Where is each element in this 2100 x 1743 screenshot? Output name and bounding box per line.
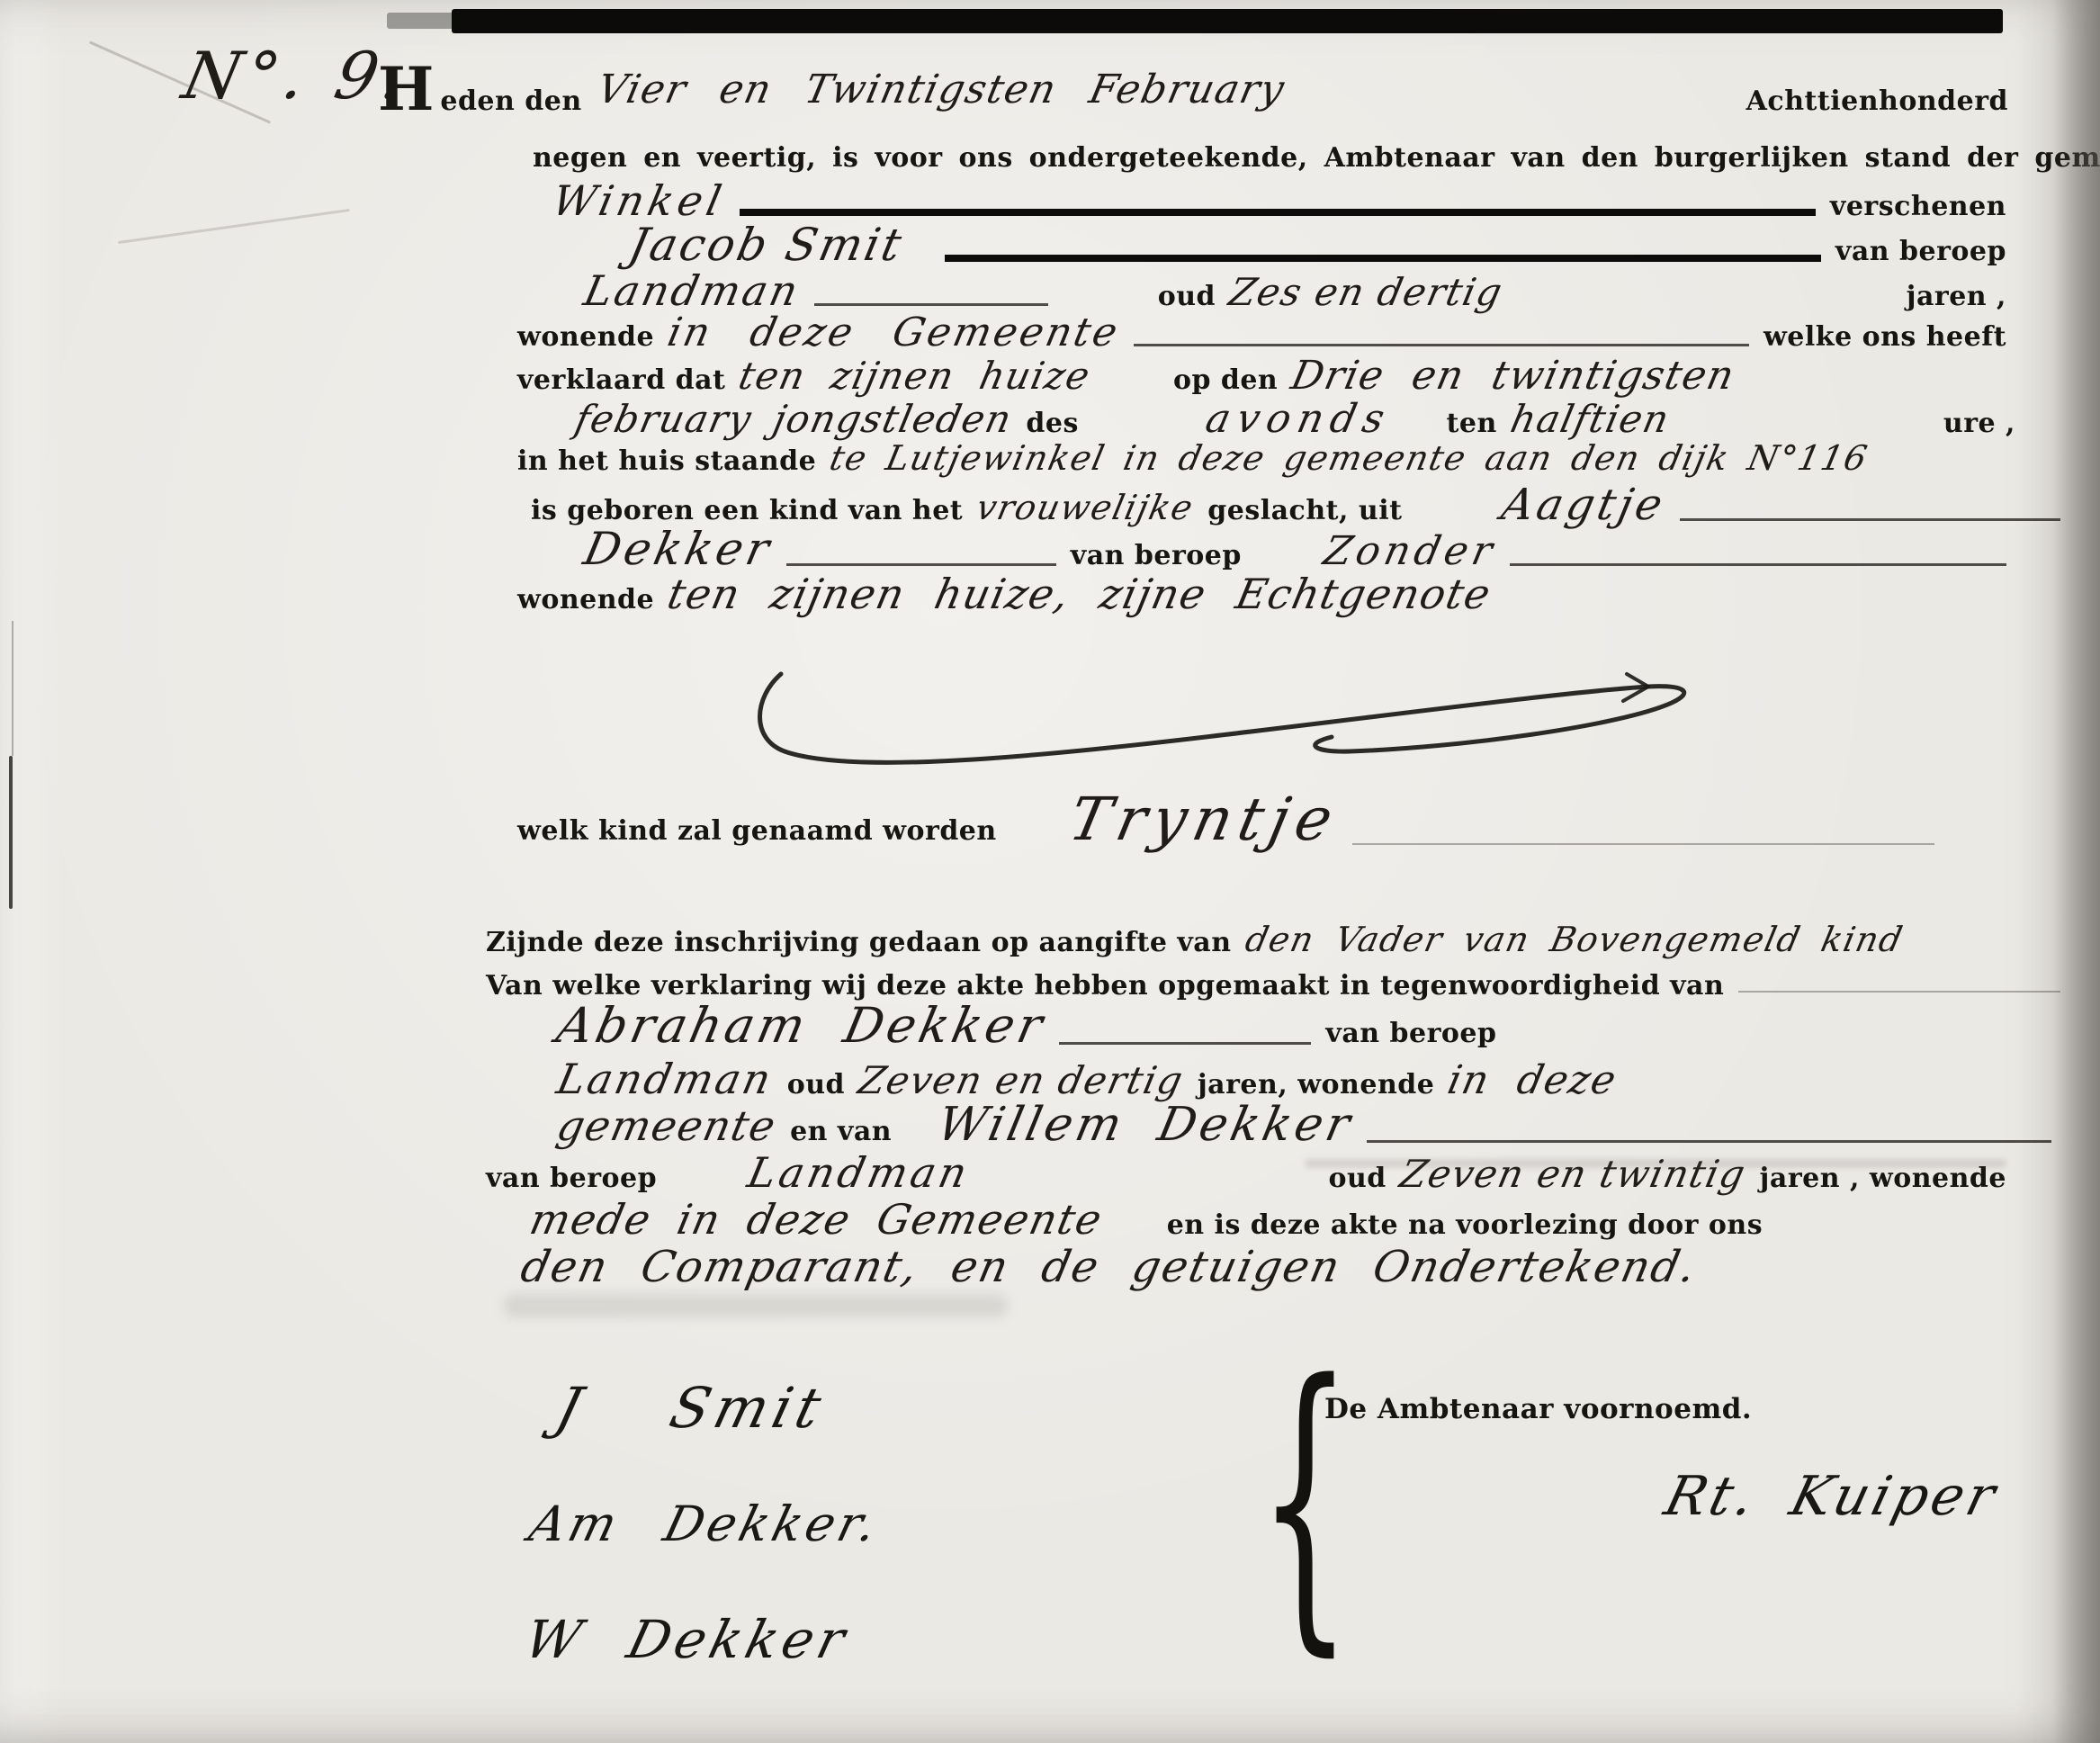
topleft-smudge2: [118, 209, 350, 244]
child-name-line: welk kind zal genaamd worden Tryntje: [517, 785, 1934, 854]
declarant-occupation-age-line: Landman oud Zes en dertig jaren ,: [585, 266, 2006, 315]
hw-date: Vier en Twintigsten February: [593, 67, 1738, 112]
left-edge-crack: [9, 756, 13, 909]
printed-van-beroep-witness2: van beroep: [486, 1163, 657, 1194]
left-edge-crack-faint: [12, 621, 13, 756]
official-title: De Ambtenaar voornoemd.: [1324, 1393, 1752, 1425]
hw-avonds: avonds: [1201, 396, 1396, 442]
witness1-name-line: Abraham Dekker van beroep: [558, 997, 2006, 1054]
printed-verschenen: verschenen: [1830, 191, 2006, 222]
ruled-blank: [1510, 563, 2006, 566]
witness2-residence-line: mede in deze Gemeente en is deze akte na…: [531, 1195, 2006, 1244]
witness2-name-line: gemeente en van Willem Dekker: [558, 1098, 2051, 1152]
printed-is-geboren: is geboren een kind van het: [531, 495, 963, 526]
hw-witness1-occupation: Landman: [552, 1055, 777, 1103]
hw-declarant-residence: in deze Gemeente: [664, 310, 1125, 355]
ruled-blank: [1738, 991, 2060, 993]
bleed-through-artifact2: [1305, 1159, 2006, 1168]
witness1-details-line: Landman oud Zeven en dertig jaren, wonen…: [558, 1055, 2051, 1103]
official-signature: Rt. Kuiper: [1658, 1465, 2005, 1528]
printed-van-beroep-mother: van beroep: [1071, 540, 1242, 571]
informant-line: Zijnde deze inschrijving gedaan op aangi…: [486, 920, 2060, 959]
printed-jaren-wonende-witness1: jaren, wonende: [1198, 1069, 1435, 1101]
printed-van-beroep: van beroep: [1835, 236, 2006, 267]
ruled-blank: [945, 255, 1821, 262]
printed-oud: oud: [1158, 281, 1216, 312]
printed-ure: ure ,: [1943, 408, 2015, 439]
birth-house-line: in het huis staande te Lutjewinkel in de…: [517, 438, 2060, 478]
right-edge-scan-band: [2053, 0, 2100, 1743]
brace-decoration: {: [1258, 1344, 1352, 1657]
declarant-name-line: Jacob Smit van beroep: [630, 219, 2006, 271]
hw-witness2-name: Willem Dekker: [933, 1098, 1359, 1152]
hw-witness1-residence-rest: gemeente: [552, 1101, 781, 1150]
hw-child-sex: vrouwelijke: [973, 488, 1197, 527]
hw-mother-occupation: Zonder: [1319, 528, 1500, 574]
printed-achttienhonderd: Achttienhonderd: [1746, 85, 2008, 117]
printed-zijnde-inschrijving: Zijnde deze inschrijving gedaan op aangi…: [486, 927, 1232, 958]
flourish-decoration: [738, 661, 1737, 796]
signature-jacob-smit: J Smit: [550, 1375, 833, 1441]
hw-declarant-occupation: Landman: [579, 266, 804, 315]
hw-informant: den Vader van Bovengemeld kind: [1242, 920, 2065, 959]
hw-birth-house: te Lutjewinkel in deze gemeente aan den …: [827, 438, 2065, 478]
ruled-blank: [1367, 1140, 2051, 1143]
act-number: N°. 9.: [184, 38, 408, 113]
hw-child-name: Tryntje: [1063, 785, 1346, 854]
ruled-blank: [740, 209, 1816, 216]
hw-ten-zijnen-huize: ten zijnen huize: [735, 354, 1095, 398]
signature-abraham-dekker: Am Dekker.: [524, 1496, 886, 1552]
ruled-blank: [1352, 843, 1934, 845]
hw-declarant-age: Zes en dertig: [1225, 270, 1507, 314]
dropcap-initial: H: [378, 68, 435, 110]
closing-line: den Comparant, en de getuigen Onderteken…: [522, 1242, 2060, 1292]
hw-witness1-age: Zeven en dertig: [855, 1058, 1188, 1102]
municipality-line: Winkel verschenen: [553, 176, 2006, 225]
birth-certificate-page: N°. 9. Heden den Vier en Twintigsten Feb…: [0, 0, 2100, 1743]
mother-residence-line: wonende ten zijnen huize, zijne Echtgeno…: [517, 570, 1957, 618]
ruled-blank: [1059, 1042, 1311, 1045]
printed-in-het-huis-staande: in het huis staande: [517, 445, 816, 477]
hw-mother-residence: ten zijnen huize, zijne Echtgenote: [663, 570, 1495, 618]
hw-witness1-residence-part: in deze: [1444, 1057, 2057, 1103]
printed-geslacht-uit: geslacht, uit: [1207, 495, 1402, 526]
mother-surname-occupation-line: Dekker van beroep Zonder: [585, 523, 2006, 575]
printed-registrar-intro: negen en veertig, is voor ons ondergetee…: [533, 142, 2100, 174]
opening-date-line: Heden den Vier en Twintigsten February A…: [378, 68, 2008, 120]
ruled-blank: [814, 303, 1048, 306]
printed-welke-ons-heeft: welke ons heeft: [1763, 321, 2006, 353]
ruled-blank: [1134, 344, 1749, 346]
printed-ambtenaar-voornoemd: De Ambtenaar voornoemd.: [1324, 1393, 1752, 1425]
printed-en-van: en van: [790, 1116, 892, 1147]
printed-van-beroep-witness1: van beroep: [1325, 1018, 1496, 1049]
printed-op-den: op den: [1173, 364, 1278, 396]
declaration-place-line: verklaard dat ten zijnen huize op den Dr…: [517, 353, 2047, 399]
witness2-details-line: van beroep Landman oud Zeven en twintig …: [486, 1148, 2006, 1197]
printed-wonende-mother: wonende: [517, 584, 654, 615]
birth-time-line: february jongstleden des avonds ten half…: [576, 396, 2015, 442]
signature-willem-dekker: W Dekker: [519, 1609, 856, 1670]
hw-witness1-name: Abraham Dekker: [552, 997, 1051, 1054]
printed-verklaard-dat: verklaard dat: [517, 364, 725, 396]
declarant-residence-line: wonende in deze Gemeente welke ons heeft: [517, 310, 2006, 355]
hw-birth-day: Drie en twintigsten: [1288, 353, 2052, 399]
printed-oud-witness1: oud: [787, 1069, 845, 1101]
registrar-intro-line: negen en veertig, is voor ons ondergetee…: [533, 142, 2100, 174]
hw-closing: den Comparant, en de getuigen Onderteken…: [516, 1242, 1701, 1292]
bleed-through-artifact: [504, 1294, 1008, 1317]
ruled-blank: [786, 563, 1056, 566]
hw-birth-hour: halftien: [1507, 397, 1674, 441]
hw-municipality: Winkel: [548, 176, 730, 225]
hw-witness2-occupation: Landman: [743, 1148, 974, 1197]
top-black-bar: [452, 9, 2003, 33]
printed-welk-kind: welk kind zal genaamd worden: [517, 815, 997, 847]
hw-mother-surname: Dekker: [579, 523, 777, 575]
printed-des: des: [1026, 408, 1078, 439]
printed-wonende: wonende: [517, 321, 654, 353]
hw-witness2-residence: mede in deze Gemeente: [525, 1195, 1107, 1244]
ruled-blank: [1680, 518, 2060, 521]
printed-jaren: jaren ,: [1907, 281, 2006, 312]
printed-ten: ten: [1447, 408, 1497, 439]
printed-heden-den: eden den: [440, 85, 581, 117]
hw-declarant-name: Jacob Smit: [624, 219, 909, 271]
top-black-bar-shadow: [387, 13, 459, 29]
hw-birth-month: february jongstleden: [571, 397, 1017, 441]
printed-voorlezing: en is deze akte na voorlezing door ons: [1167, 1209, 1763, 1241]
